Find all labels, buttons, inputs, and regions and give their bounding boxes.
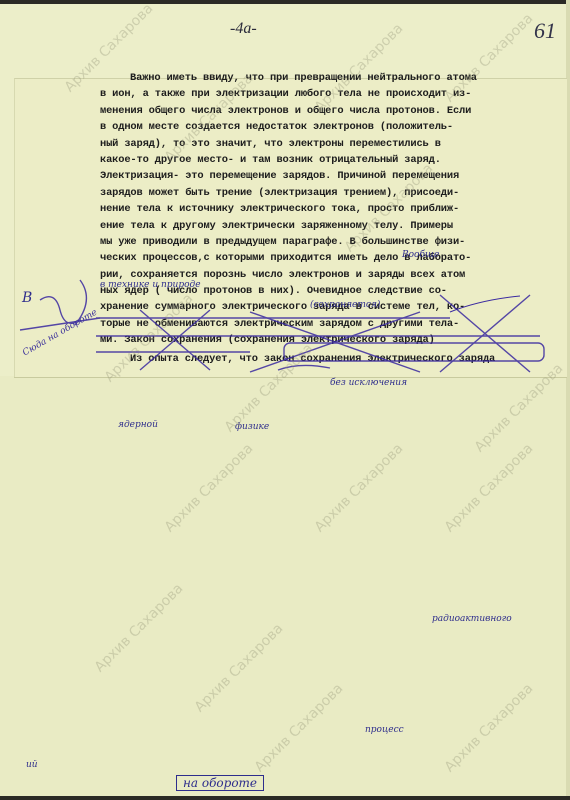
insert-iy: ий: [26, 760, 38, 770]
annotation-v-tekhnike: в технике и природе: [100, 280, 201, 290]
strike-through-scribbles: [0, 0, 570, 800]
boxed-note-na-oborote: на обороте: [176, 775, 264, 791]
annotation-voobshche: Вообще: [402, 250, 439, 260]
insert-bez-isklyucheniya: без исключения: [330, 378, 407, 388]
margin-symbol: B: [22, 290, 32, 306]
insert-protsess: процесс: [365, 725, 404, 735]
scan-edge-bottom: [0, 796, 570, 800]
insert-fizike: физике: [235, 422, 269, 432]
annotation-sokhranyaetsya: (сохраняется): [310, 300, 380, 310]
insert-yadernoy: ядерной: [118, 420, 158, 430]
insert-radioaktivnogo: радиоактивного: [432, 614, 512, 624]
